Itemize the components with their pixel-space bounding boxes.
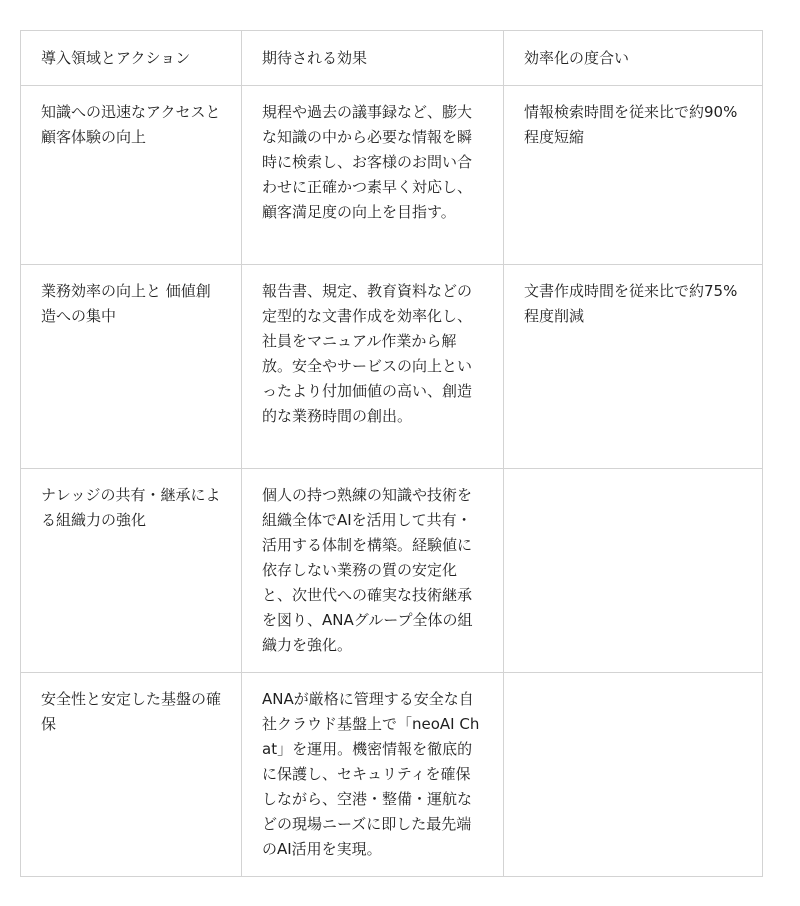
cell-area: 安全性と安定した基盤の確保: [21, 673, 242, 877]
table-row: 知識への迅速なアクセスと顧客体験の向上 規程や過去の議事録など、膨大な知識の中か…: [21, 86, 763, 265]
cell-efficiency: [504, 673, 763, 877]
cell-efficiency: [504, 469, 763, 673]
cell-efficiency: 情報検索時間を従来比で約90%程度短縮: [504, 86, 763, 265]
header-area: 導入領域とアクション: [21, 31, 242, 86]
cell-effect: 個人の持つ熟練の知識や技術を組織全体でAIを活用して共有・活用する体制を構築。経…: [242, 469, 504, 673]
header-effect: 期待される効果: [242, 31, 504, 86]
table-row: 業務効率の向上と 価値創造への集中 報告書、規定、教育資料などの定型的な文書作成…: [21, 265, 763, 469]
cell-effect: 報告書、規定、教育資料などの定型的な文書作成を効率化し、社員をマニュアル作業から…: [242, 265, 504, 469]
cell-effect: ANAが厳格に管理する安全な自社クラウド基盤上で「neoAI Chat」を運用。…: [242, 673, 504, 877]
header-efficiency: 効率化の度合い: [504, 31, 763, 86]
table-row: ナレッジの共有・継承による組織力の強化 個人の持つ熟練の知識や技術を組織全体でA…: [21, 469, 763, 673]
table-row: 安全性と安定した基盤の確保 ANAが厳格に管理する安全な自社クラウド基盤上で「n…: [21, 673, 763, 877]
cell-area: ナレッジの共有・継承による組織力の強化: [21, 469, 242, 673]
table-header-row: 導入領域とアクション 期待される効果 効率化の度合い: [21, 31, 763, 86]
ai-adoption-effects-table: 導入領域とアクション 期待される効果 効率化の度合い 知識への迅速なアクセスと顧…: [20, 30, 763, 877]
cell-area: 業務効率の向上と 価値創造への集中: [21, 265, 242, 469]
cell-efficiency: 文書作成時間を従来比で約75%程度削減: [504, 265, 763, 469]
cell-effect: 規程や過去の議事録など、膨大な知識の中から必要な情報を瞬時に検索し、お客様のお問…: [242, 86, 504, 265]
cell-area: 知識への迅速なアクセスと顧客体験の向上: [21, 86, 242, 265]
